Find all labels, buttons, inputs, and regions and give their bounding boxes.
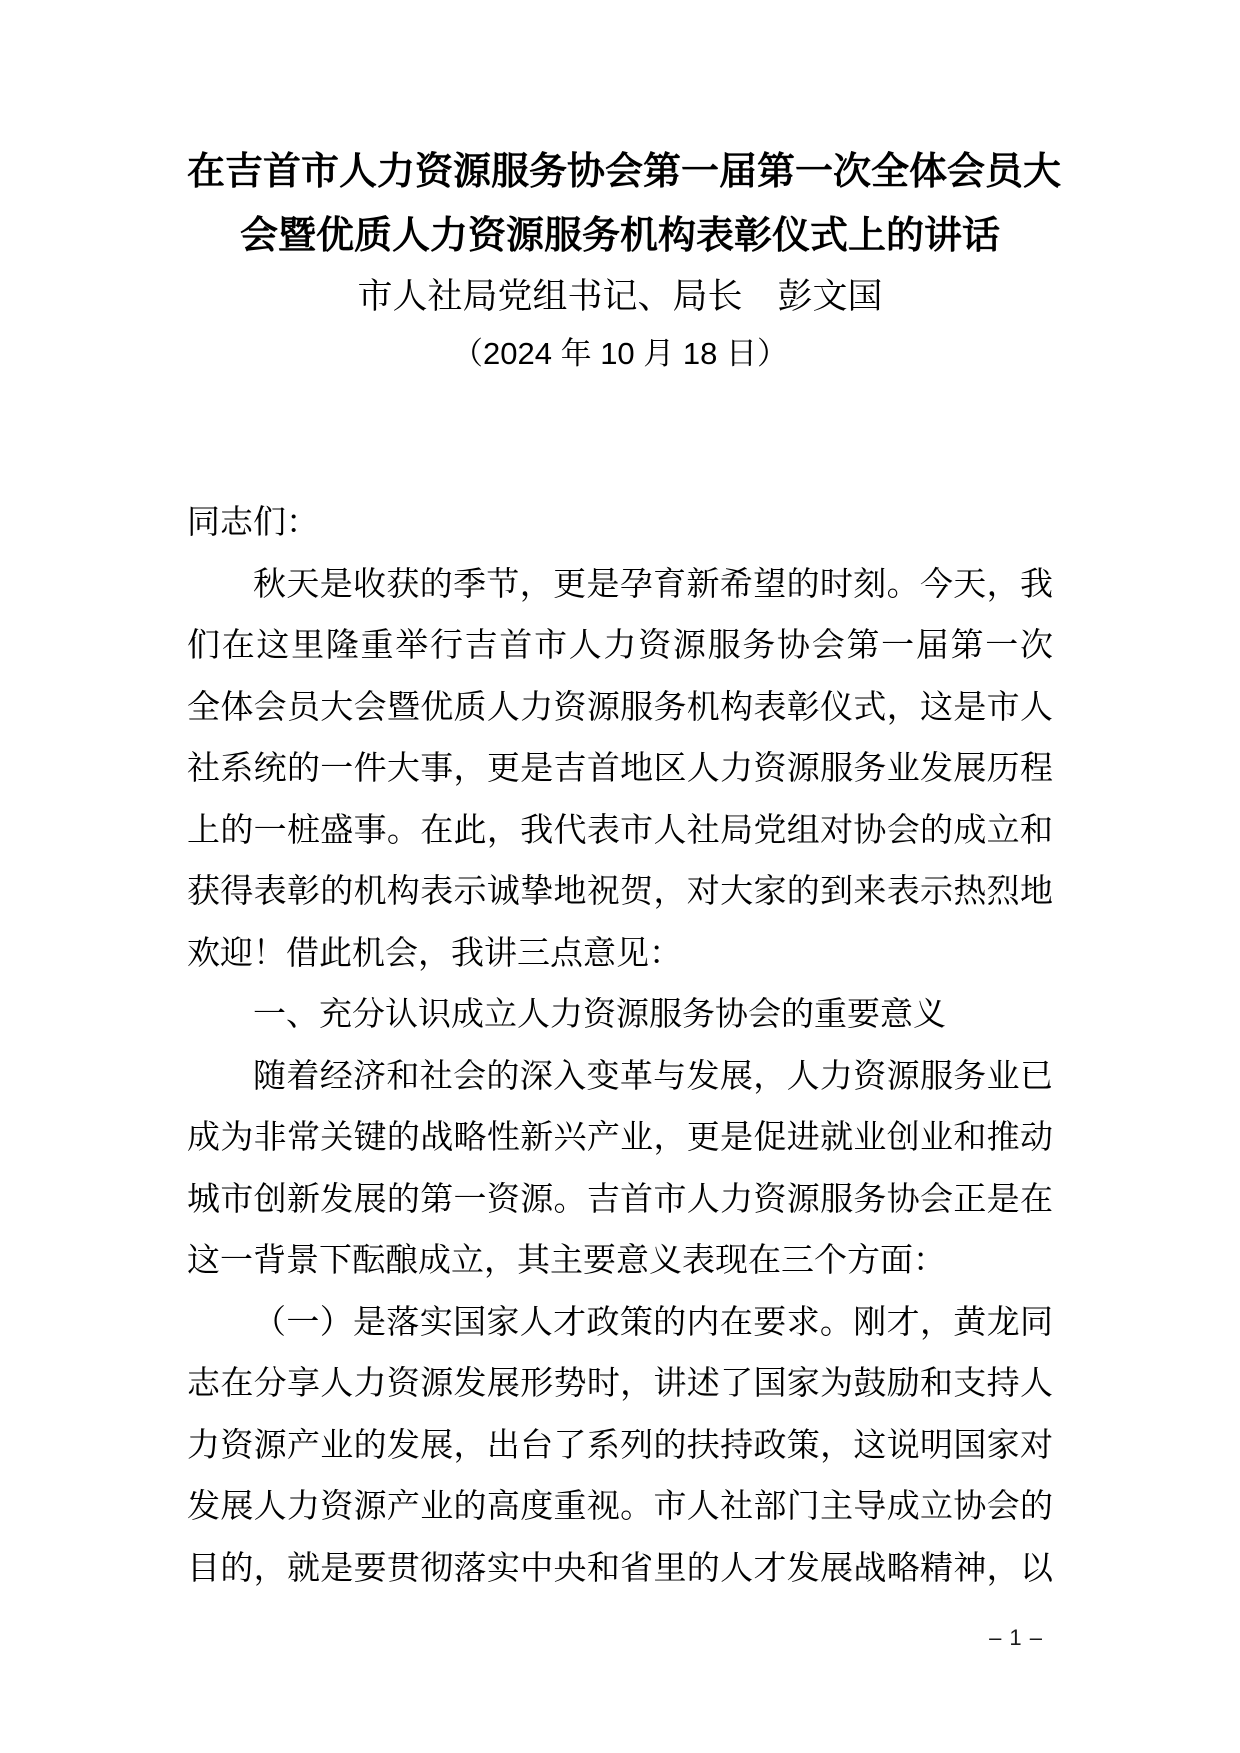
- body-line: 目的，就是要贯彻落实中央和省里的人才发展战略精神，以: [187, 1537, 1053, 1599]
- body-line: 一、充分认识成立人力资源服务协会的重要意义: [187, 983, 1053, 1045]
- document-content: 在吉首市人力资源服务协会第一届第一次全体会员大 会暨优质人力资源服务机构表彰仪式…: [187, 140, 1053, 1598]
- body-line: 上的一桩盛事。在此，我代表市人社局党组对协会的成立和: [187, 799, 1053, 861]
- body-line: 随着经济和社会的深入变革与发展，人力资源服务业已: [187, 1045, 1053, 1107]
- body-line: 全体会员大会暨优质人力资源服务机构表彰仪式，这是市人: [187, 676, 1053, 738]
- speaker-byline: 市人社局党组书记、局长 彭文国: [187, 268, 1053, 326]
- document-title-line-1: 在吉首市人力资源服务协会第一届第一次全体会员大: [187, 140, 1053, 204]
- body-line: 获得表彰的机构表示诚挚地祝贺，对大家的到来表示热烈地: [187, 860, 1053, 922]
- body-line: 欢迎！借此机会，我讲三点意见：: [187, 922, 1053, 984]
- body-line: 志在分享人力资源发展形势时，讲述了国家为鼓励和支持人: [187, 1352, 1053, 1414]
- document-title: 在吉首市人力资源服务协会第一届第一次全体会员大 会暨优质人力资源服务机构表彰仪式…: [187, 140, 1053, 268]
- body-line: （一）是落实国家人才政策的内在要求。刚才，黄龙同: [187, 1291, 1053, 1353]
- body-line: 成为非常关键的战略性新兴产业，更是促进就业创业和推动: [187, 1106, 1053, 1168]
- body-text: 同志们：秋天是收获的季节，更是孕育新希望的时刻。今天，我们在这里隆重举行吉首市人…: [187, 491, 1053, 1598]
- document-title-line-2: 会暨优质人力资源服务机构表彰仪式上的讲话: [187, 204, 1053, 268]
- body-line: 秋天是收获的季节，更是孕育新希望的时刻。今天，我: [187, 553, 1053, 615]
- body-line: 同志们：: [187, 491, 1053, 553]
- body-line: 力资源产业的发展，出台了系列的扶持政策，这说明国家对: [187, 1414, 1053, 1476]
- page-number: – 1 –: [989, 1626, 1043, 1650]
- body-line: 社系统的一件大事，更是吉首地区人力资源服务业发展历程: [187, 737, 1053, 799]
- body-line: 们在这里隆重举行吉首市人力资源服务协会第一届第一次: [187, 614, 1053, 676]
- document-page: 在吉首市人力资源服务协会第一届第一次全体会员大 会暨优质人力资源服务机构表彰仪式…: [0, 0, 1240, 1753]
- body-line: 发展人力资源产业的高度重视。市人社部门主导成立协会的: [187, 1475, 1053, 1537]
- body-line: 城市创新发展的第一资源。吉首市人力资源服务协会正是在: [187, 1168, 1053, 1230]
- body-line: 这一背景下酝酿成立，其主要意义表现在三个方面：: [187, 1229, 1053, 1291]
- speech-date: （2024 年 10 月 18 日）: [187, 326, 1053, 382]
